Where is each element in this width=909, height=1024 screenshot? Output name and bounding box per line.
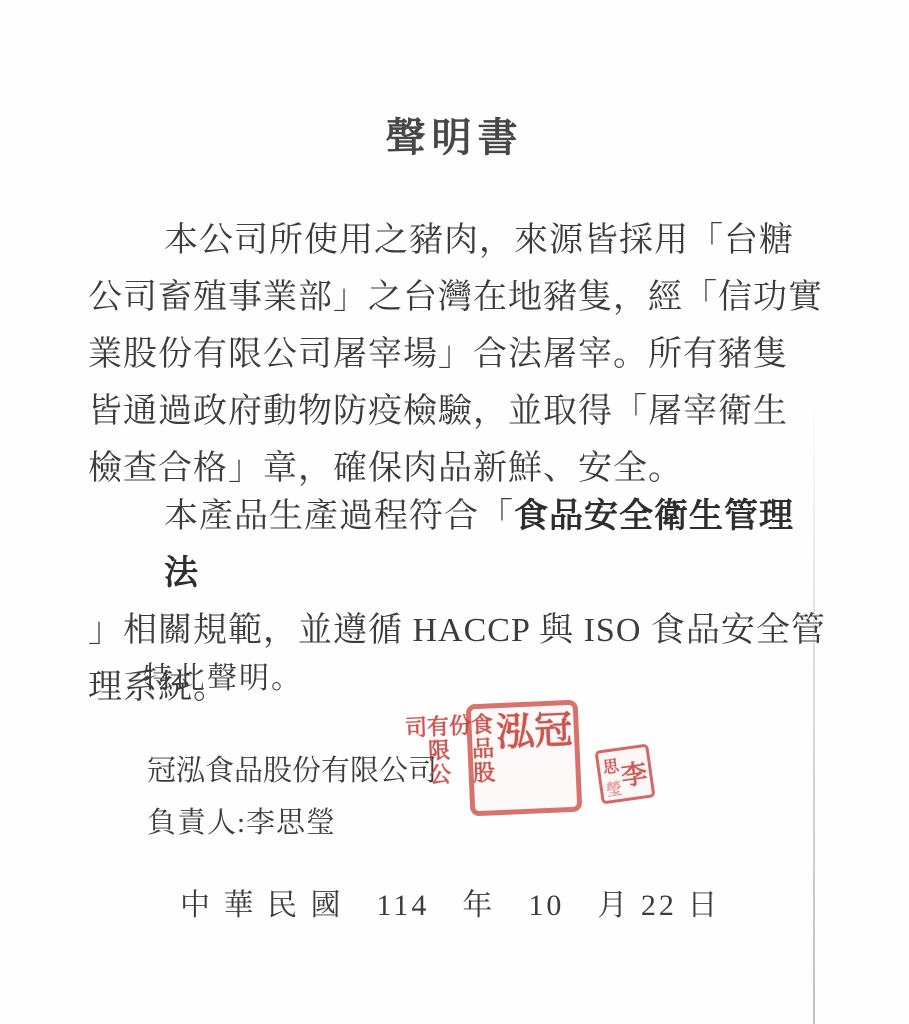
paragraph-line: 」相關規範，並遵循 HACCP 與 ISO 食品安全管 — [88, 602, 828, 659]
name-seal-char-bottom: 瑩 — [604, 776, 623, 801]
closing-statement: 特此聲明。 — [143, 653, 303, 697]
paragraph-pork-source: 本公司所使用之豬肉，來源皆採用「台糖 公司畜殖事業部」之台灣在地豬隻，經「信功實… — [88, 212, 828, 497]
paragraph-line: 公司畜殖事業部」之台灣在地豬隻，經「信功實 — [88, 269, 828, 326]
page-title: 聲明書 — [0, 106, 909, 163]
roc-date: 中 華 民 國 114 年 10 月 22 日 — [180, 880, 720, 924]
paragraph-line: 本公司所使用之豬肉，來源皆採用「台糖 — [88, 212, 828, 269]
paragraph-line: 本產品生產過程符合「食品安全衛生管理法 — [88, 488, 828, 602]
seal-column-right: 冠泓 — [491, 709, 571, 806]
company-name: 冠泓食品股份有限公司 — [147, 748, 437, 789]
company-seal-stamp: 冠泓 食品股份 有限公司 — [466, 700, 583, 817]
personal-name-seal-stamp: 李 思 瑩 — [595, 744, 656, 805]
line-prefix: 本產品生產過程符合「 — [164, 498, 514, 535]
name-seal-char-right: 李 — [618, 749, 650, 796]
document-page: 聲明書 本公司所使用之豬肉，來源皆採用「台糖 公司畜殖事業部」之台灣在地豬隻，經… — [0, 0, 909, 1024]
scan-edge-artifact — [813, 400, 815, 1024]
name-seal-char-top: 思 — [601, 753, 620, 778]
seal-column-left: 有限公司 — [403, 714, 451, 810]
paragraph-line: 皆通過政府動物防疫檢驗，並取得「屠宰衛生 — [88, 383, 828, 440]
paragraph-line: 業股份有限公司屠宰場」合法屠宰。所有豬隻 — [88, 326, 828, 383]
responsible-person: 負責人:李思瑩 — [147, 800, 336, 841]
seal-column-middle: 食品股份 — [447, 712, 495, 808]
